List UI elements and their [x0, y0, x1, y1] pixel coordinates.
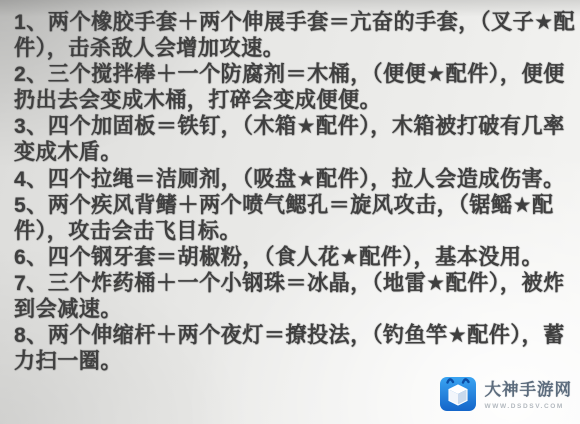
recipe-line-4: 扔出去会变成木桶，打碎会变成便便。: [14, 88, 580, 115]
recipe-line-1: 1、两个橡胶手套＋两个伸展手套＝亢奋的手套，（叉子★配: [14, 10, 580, 37]
site-watermark: 大神手游网 WWW.DSDSV.COM: [439, 374, 573, 412]
recipe-line-7: 4、四个拉绳＝洁厕剂，（吸盘★配件），拉人会造成伤害。: [14, 166, 580, 193]
recipe-line-11: 7、三个炸药桶＋一个小钢珠＝冰晶，（地雷★配件），被炸: [14, 271, 580, 298]
recipe-line-9: 件），攻击会击飞目标。: [14, 218, 580, 245]
recipe-line-3: 2、三个搅拌棒＋一个防腐剂＝木桶，（便便★配件），便便: [14, 62, 580, 89]
guide-photo: 1、两个橡胶手套＋两个伸展手套＝亢奋的手套，（叉子★配 件），击杀敌人会增加攻速…: [0, 0, 580, 424]
dashen-logo-icon: [439, 374, 477, 412]
recipe-line-10: 6、四个钢牙套＝胡椒粉，（食人花★配件），基本没用。: [14, 245, 580, 272]
watermark-text: 大神手游网 WWW.DSDSV.COM: [485, 376, 573, 410]
recipe-line-13: 8、两个伸缩杆＋两个夜灯＝撩投法，（钓鱼竿★配件），蓄: [14, 323, 580, 350]
recipe-line-6: 变成木盾。: [14, 140, 580, 167]
recipe-line-8: 5、两个疾风背鳍＋两个喷气鳃孔＝旋风攻击，（锯鳐★配: [14, 192, 580, 219]
watermark-site-name: 大神手游网: [485, 376, 573, 400]
recipe-line-14: 力扫一圈。: [14, 349, 580, 376]
recipe-line-5: 3、四个加固板＝铁钉，（木箱★配件），木箱被打破有几率: [14, 114, 580, 141]
recipe-line-2: 件），击杀敌人会增加攻速。: [14, 36, 580, 63]
recipe-line-12: 到会减速。: [14, 297, 580, 324]
watermark-site-url: WWW.DSDSV.COM: [485, 403, 573, 410]
recipe-list: 1、两个橡胶手套＋两个伸展手套＝亢奋的手套，（叉子★配 件），击杀敌人会增加攻速…: [14, 10, 580, 375]
